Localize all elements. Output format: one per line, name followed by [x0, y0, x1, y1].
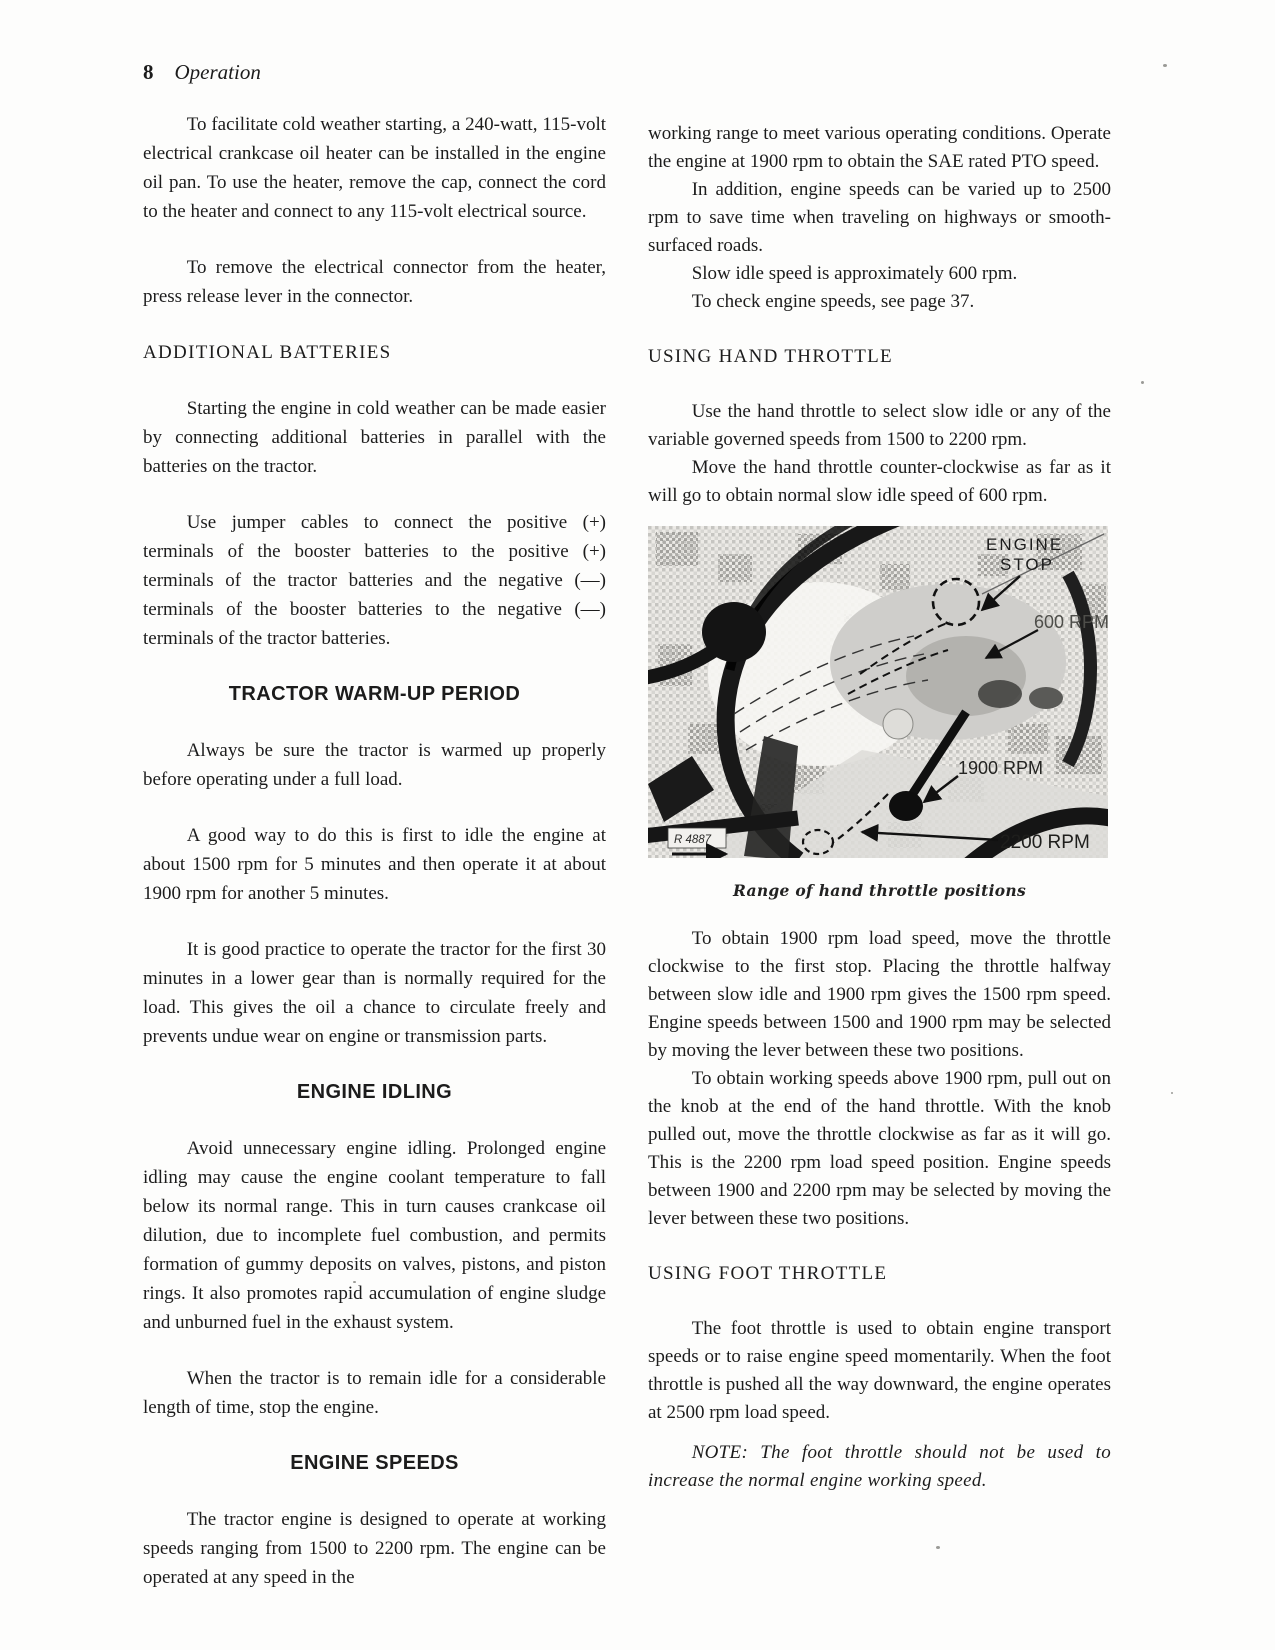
throttle-positions-figure: ENGINE STOP 600 RPM 1900 RPM 2200 RPM R …: [648, 526, 1111, 905]
paragraph: Move the hand throttle counter-clockwise…: [648, 454, 1111, 510]
photo-id-label: R 4887: [674, 834, 712, 846]
rpm600-label: 600 RPM: [1034, 612, 1108, 632]
paragraph: Use the hand throttle to select slow idl…: [648, 398, 1111, 454]
paragraph: To obtain 1900 rpm load speed, move the …: [648, 925, 1111, 1065]
heading-additional-batteries: ADDITIONAL BATTERIES: [143, 338, 606, 367]
engine-stop-label-2: STOP: [1000, 555, 1054, 574]
paragraph: Avoid unnecessary engine idling. Prolong…: [143, 1134, 606, 1337]
heading-engine-speeds: ENGINE SPEEDS: [143, 1449, 606, 1478]
page-header: 8Operation: [143, 60, 261, 85]
throttle-photo: ENGINE STOP 600 RPM 1900 RPM 2200 RPM R …: [648, 526, 1108, 858]
paragraph: It is good practice to operate the tract…: [143, 935, 606, 1051]
paragraph: To remove the electrical connector from …: [143, 253, 606, 311]
paragraph: Always be sure the tractor is warmed up …: [143, 736, 606, 794]
paragraph: The tractor engine is designed to operat…: [143, 1505, 606, 1592]
right-column: working range to meet various operating …: [648, 120, 1111, 1495]
heading-using-hand-throttle: USING HAND THROTTLE: [648, 343, 1111, 371]
paragraph: working range to meet various operating …: [648, 120, 1111, 176]
paragraph: A good way to do this is first to idle t…: [143, 821, 606, 908]
figure-caption: Range of hand throttle positions: [648, 877, 1111, 905]
paragraph: To facilitate cold weather starting, a 2…: [143, 110, 606, 226]
heading-engine-idling: ENGINE IDLING: [143, 1078, 606, 1107]
paragraph: To obtain working speeds above 1900 rpm,…: [648, 1065, 1111, 1233]
section-title: Operation: [175, 60, 261, 84]
heading-tractor-warm-up-period: TRACTOR WARM-UP PERIOD: [143, 680, 606, 709]
paragraph: The foot throttle is used to obtain engi…: [648, 1315, 1111, 1427]
manual-page: 8Operation To facilitate cold weather st…: [0, 0, 1275, 1650]
engine-stop-label: ENGINE: [986, 535, 1063, 554]
left-column: To facilitate cold weather starting, a 2…: [143, 110, 606, 1592]
paragraph: In addition, engine speeds can be varied…: [648, 176, 1111, 260]
heading-using-foot-throttle: USING FOOT THROTTLE: [648, 1260, 1111, 1288]
rpm1900-label: 1900 RPM: [958, 758, 1043, 778]
page-number: 8: [143, 60, 155, 84]
paragraph: Use jumper cables to connect the positiv…: [143, 508, 606, 653]
paragraph: Starting the engine in cold weather can …: [143, 394, 606, 481]
rpm2200-label: 2200 RPM: [1000, 832, 1090, 853]
paragraph: To check engine speeds, see page 37.: [648, 288, 1111, 316]
paragraph: When the tractor is to remain idle for a…: [143, 1364, 606, 1422]
note-paragraph: NOTE: The foot throttle should not be us…: [648, 1439, 1111, 1495]
paragraph: Slow idle speed is approximately 600 rpm…: [648, 260, 1111, 288]
